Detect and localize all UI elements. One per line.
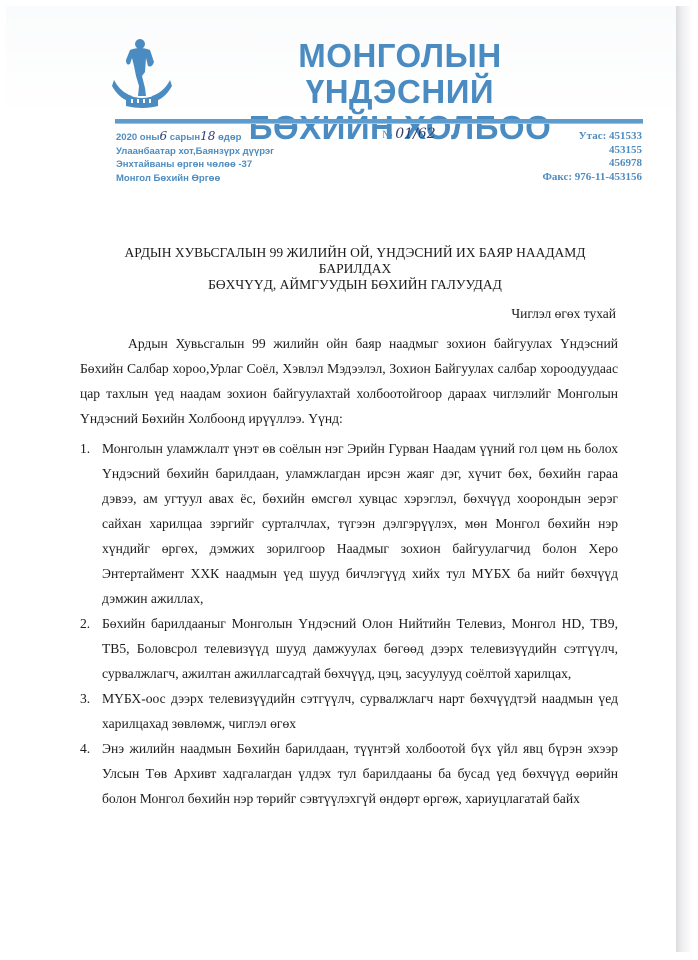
address-line: Энхтайваны өргөн чөлөө -37 bbox=[116, 158, 274, 172]
list-item: 4.Энэ жилийн наадмын Бөхийн барилдаан, т… bbox=[80, 736, 618, 811]
wrestler-emblem-icon bbox=[112, 36, 172, 108]
fax-line: Факс: 976-11-453156 bbox=[542, 171, 642, 185]
organization-name-line1: МОНГОЛЫН ҮНДЭСНИЙ bbox=[200, 38, 600, 110]
address-line: Улаанбаатар хот,Баянзүрх дүүрэг bbox=[116, 145, 274, 159]
letterhead-divider bbox=[115, 119, 643, 124]
intro-paragraph: Ардын Хувьсгалын 99 жилийн ойн баяр наад… bbox=[80, 331, 618, 431]
handwritten-month: 6 bbox=[159, 129, 167, 143]
letter-body: Ардын Хувьсгалын 99 жилийн ойн баяр наад… bbox=[80, 331, 618, 811]
document-number: № 01/62 bbox=[382, 126, 436, 142]
phone-line: 456978 bbox=[542, 157, 642, 171]
contact-block: Утас: 451533 453155 456978 Факс: 976-11-… bbox=[542, 130, 642, 184]
addressee: АРДЫН ХУВЬСГАЛЫН 99 ЖИЛИЙН ОЙ, ҮНДЭСНИЙ … bbox=[90, 245, 620, 293]
handwritten-day: 18 bbox=[200, 129, 215, 143]
list-item: 2.Бөхийн барилдааныг Монголын Үндэсний О… bbox=[80, 611, 618, 686]
document-date: 2020 оны6 сарын18 өдөр bbox=[116, 130, 274, 145]
directive-list: 1.Монголын уламжлалт үнэт өв соёлын нэг … bbox=[80, 436, 618, 811]
phone-line: Утас: 451533 bbox=[542, 130, 642, 144]
address-line: Монгол Бөхийн Өргөө bbox=[116, 172, 274, 186]
handwritten-number: 01/62 bbox=[395, 126, 435, 142]
page-edge-shadow bbox=[676, 6, 690, 952]
list-item: 3.МҮБХ-оос дээрх телевизүүдийн сэтгүүлч,… bbox=[80, 686, 618, 736]
phone-line: 453155 bbox=[542, 144, 642, 158]
list-item: 1.Монголын уламжлалт үнэт өв соёлын нэг … bbox=[80, 436, 618, 611]
subject-line: Чиглэл өгөх тухай bbox=[511, 306, 616, 322]
letterhead-address-block: 2020 оны6 сарын18 өдөр Улаанбаатар хот,Б… bbox=[116, 130, 274, 185]
